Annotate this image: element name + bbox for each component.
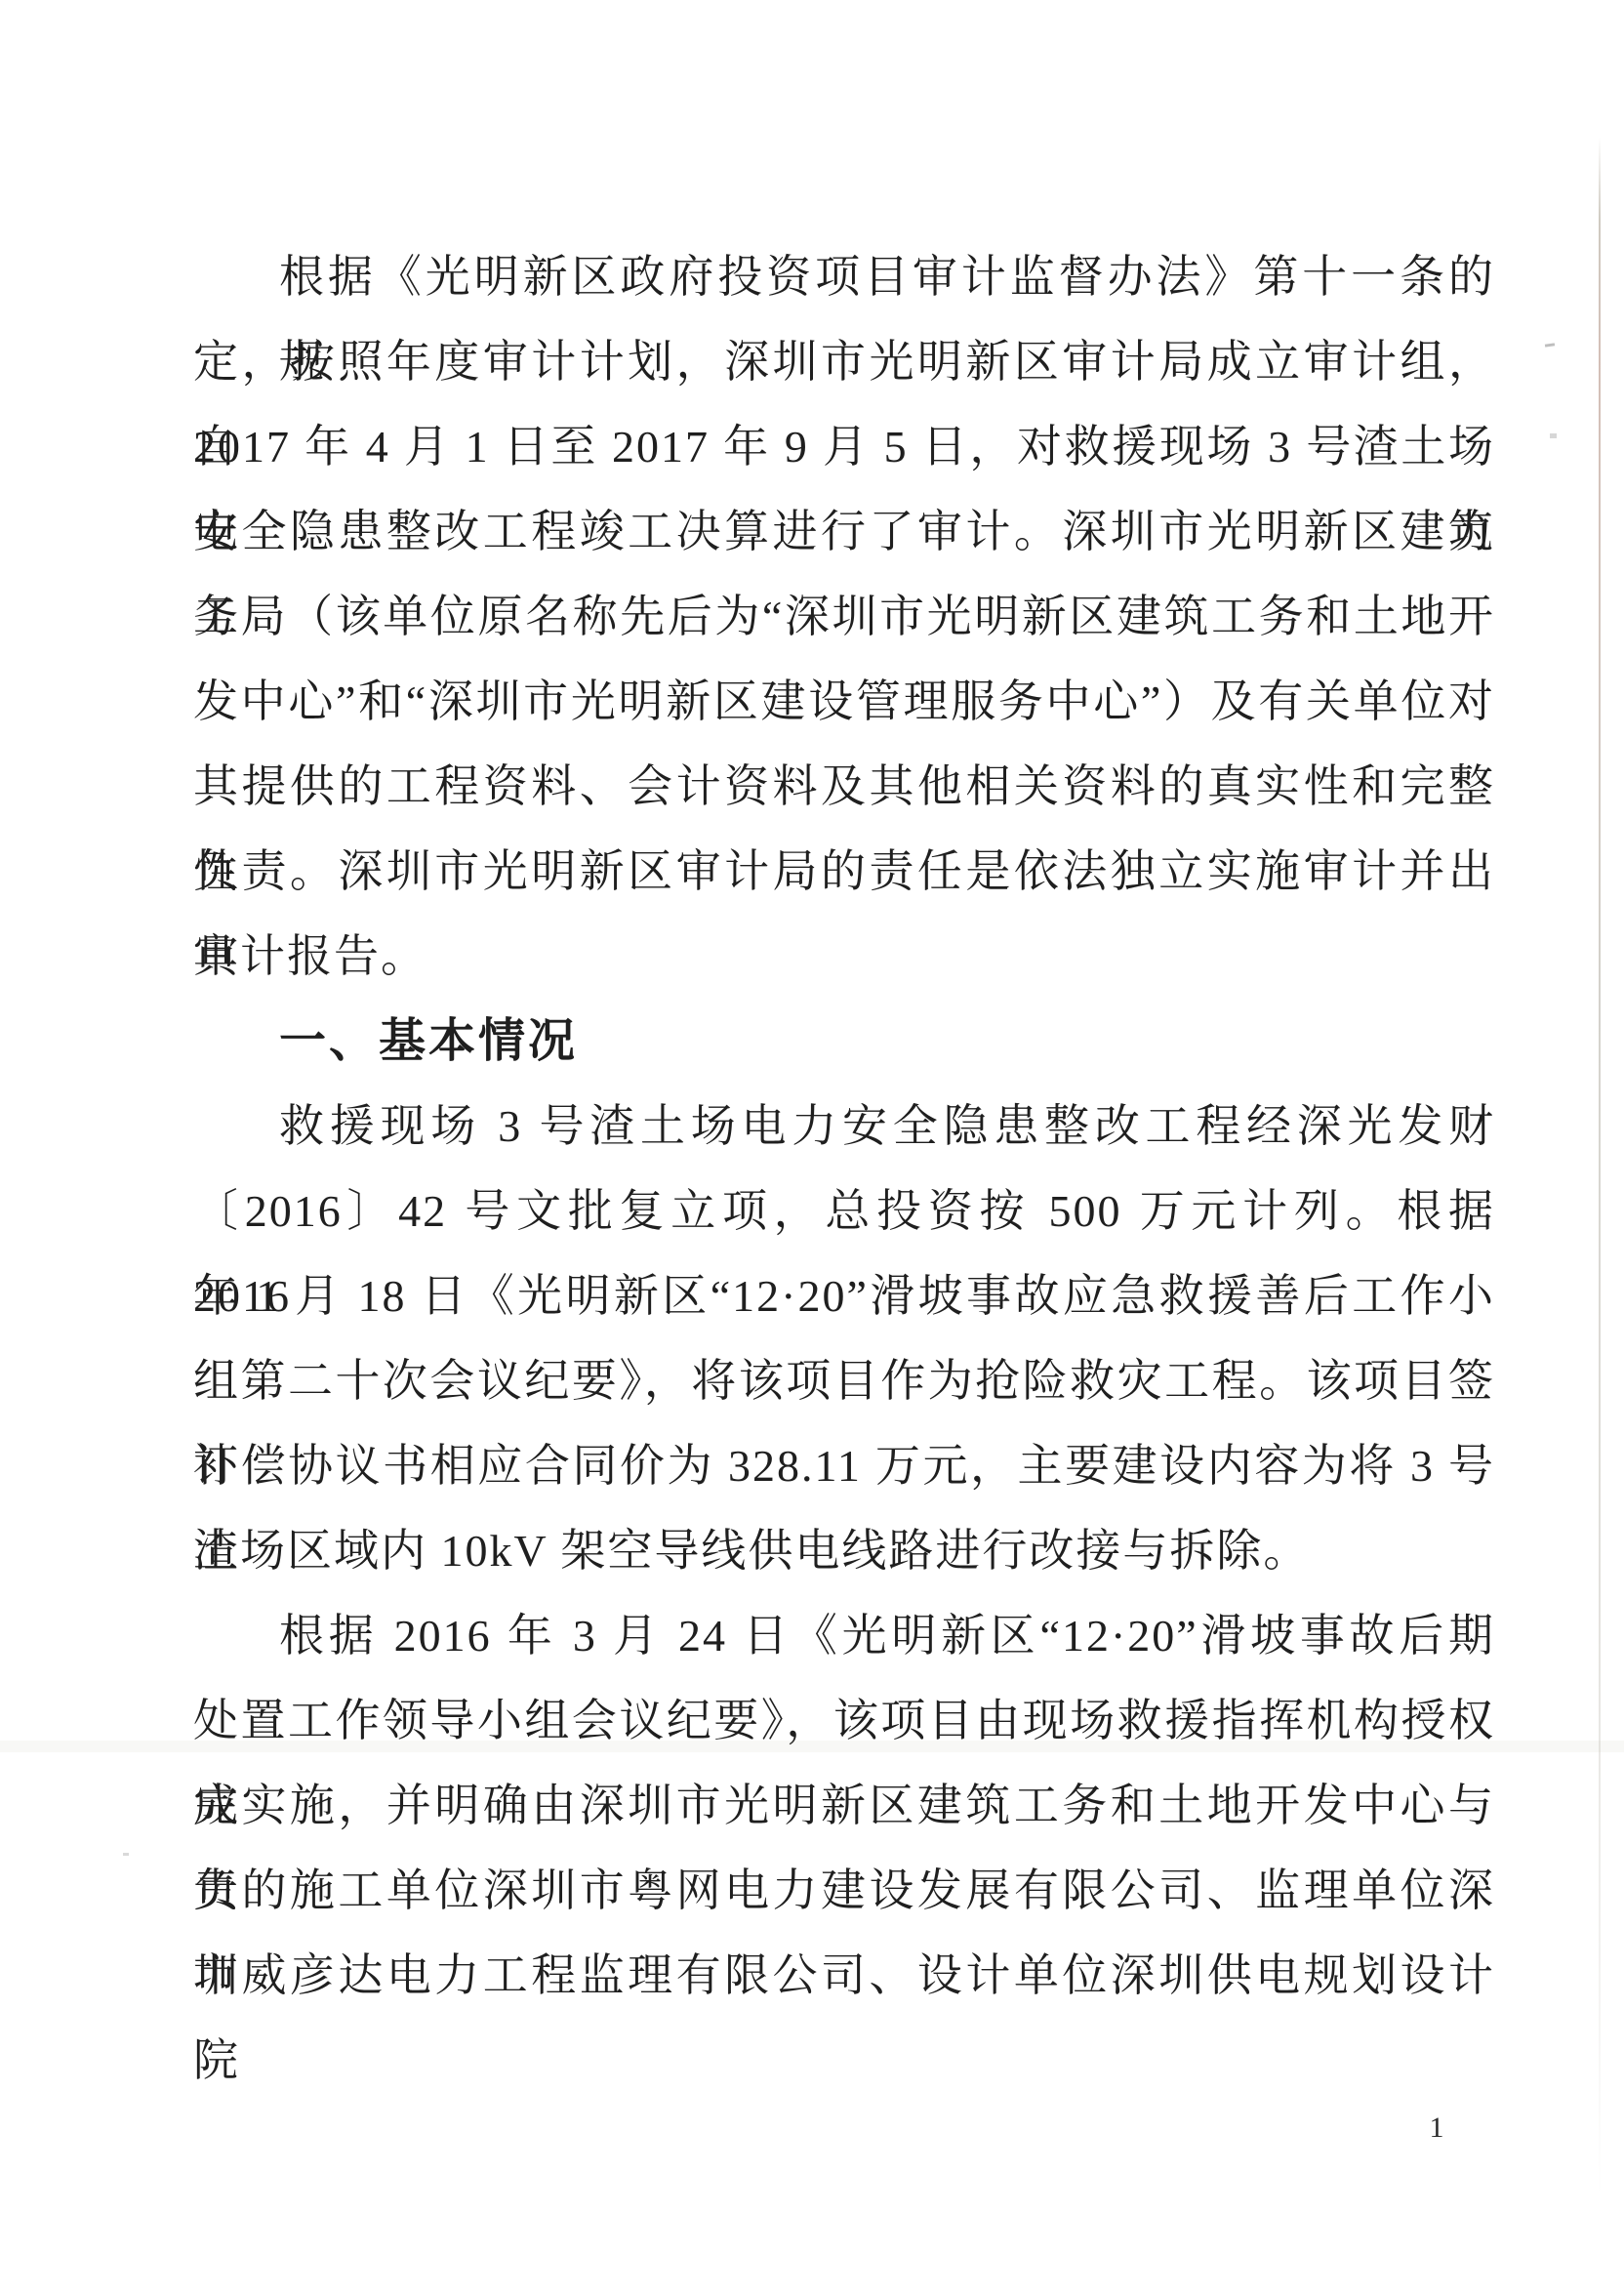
text-line: 〔2016〕42 号文批复立项，总投资按 500 万元计列。根据 2016 <box>193 1168 1495 1253</box>
text-line: 根据《光明新区政府投资项目审计监督办法》第十一条的规 <box>193 234 1495 319</box>
text-line: 市威彦达电力工程监理有限公司、设计单位深圳供电规划设计院 <box>193 1933 1495 2018</box>
scan-artifact-vertical-line <box>1599 137 1601 2196</box>
page-number: 1 <box>1417 2109 1456 2148</box>
scan-artifact-speck <box>123 1853 129 1856</box>
section-heading: 一、基本情况 <box>193 999 1495 1084</box>
text-line: 2017 年 4 月 1 日至 2017 年 9 月 5 日，对救援现场 3 号… <box>193 404 1495 489</box>
text-line: 负责。深圳市光明新区审计局的责任是依法独立实施审计并出具 <box>193 829 1495 914</box>
document-page: 根据《光明新区政府投资项目审计监督办法》第十一条的规 定，按照年度审计计划，深圳… <box>0 0 1624 2296</box>
text-line: 组第二十次会议纪要》，将该项目作为抢险救灾工程。该项目签订 <box>193 1338 1495 1423</box>
text-line: 安全隐患整改工程竣工决算进行了审计。深圳市光明新区建筑工 <box>193 489 1495 574</box>
text-line: 成实施，并明确由深圳市光明新区建筑工务和土地开发中心与负 <box>193 1763 1495 1848</box>
text-line: 根据 2016 年 3 月 24 日《光明新区“12·20”滑坡事故后期 <box>193 1593 1495 1678</box>
text-line: 土场区域内 10kV 架空导线供电线路进行改接与拆除。 <box>193 1508 1495 1593</box>
text-line: 审计报告。 <box>193 914 1495 999</box>
document-body: 根据《光明新区政府投资项目审计监督办法》第十一条的规 定，按照年度审计计划，深圳… <box>193 234 1495 2018</box>
text-line: 定，按照年度审计计划，深圳市光明新区审计局成立审计组，自 <box>193 319 1495 404</box>
text-line: 年 1 月 18 日《光明新区“12·20”滑坡事故应急救援善后工作小 <box>193 1253 1495 1338</box>
scan-artifact-speck <box>1545 343 1555 347</box>
text-line: 其提供的工程资料、会计资料及其他相关资料的真实性和完整性 <box>193 744 1495 829</box>
text-line: 处置工作领导小组会议纪要》，该项目由现场救援指挥机构授权完 <box>193 1678 1495 1763</box>
text-line: 务局（该单位原名称先后为“深圳市光明新区建筑工务和土地开 <box>193 574 1495 659</box>
text-line: 救援现场 3 号渣土场电力安全隐患整改工程经深光发财 <box>193 1084 1495 1168</box>
text-line: 发中心”和“深圳市光明新区建设管理服务中心”）及有关单位对 <box>193 659 1495 744</box>
text-line: 责的施工单位深圳市粤网电力建设发展有限公司、监理单位深圳 <box>193 1848 1495 1933</box>
text-line: 补偿协议书相应合同价为 328.11 万元，主要建设内容为将 3 号渣 <box>193 1423 1495 1508</box>
scan-artifact-speck <box>1550 433 1557 438</box>
